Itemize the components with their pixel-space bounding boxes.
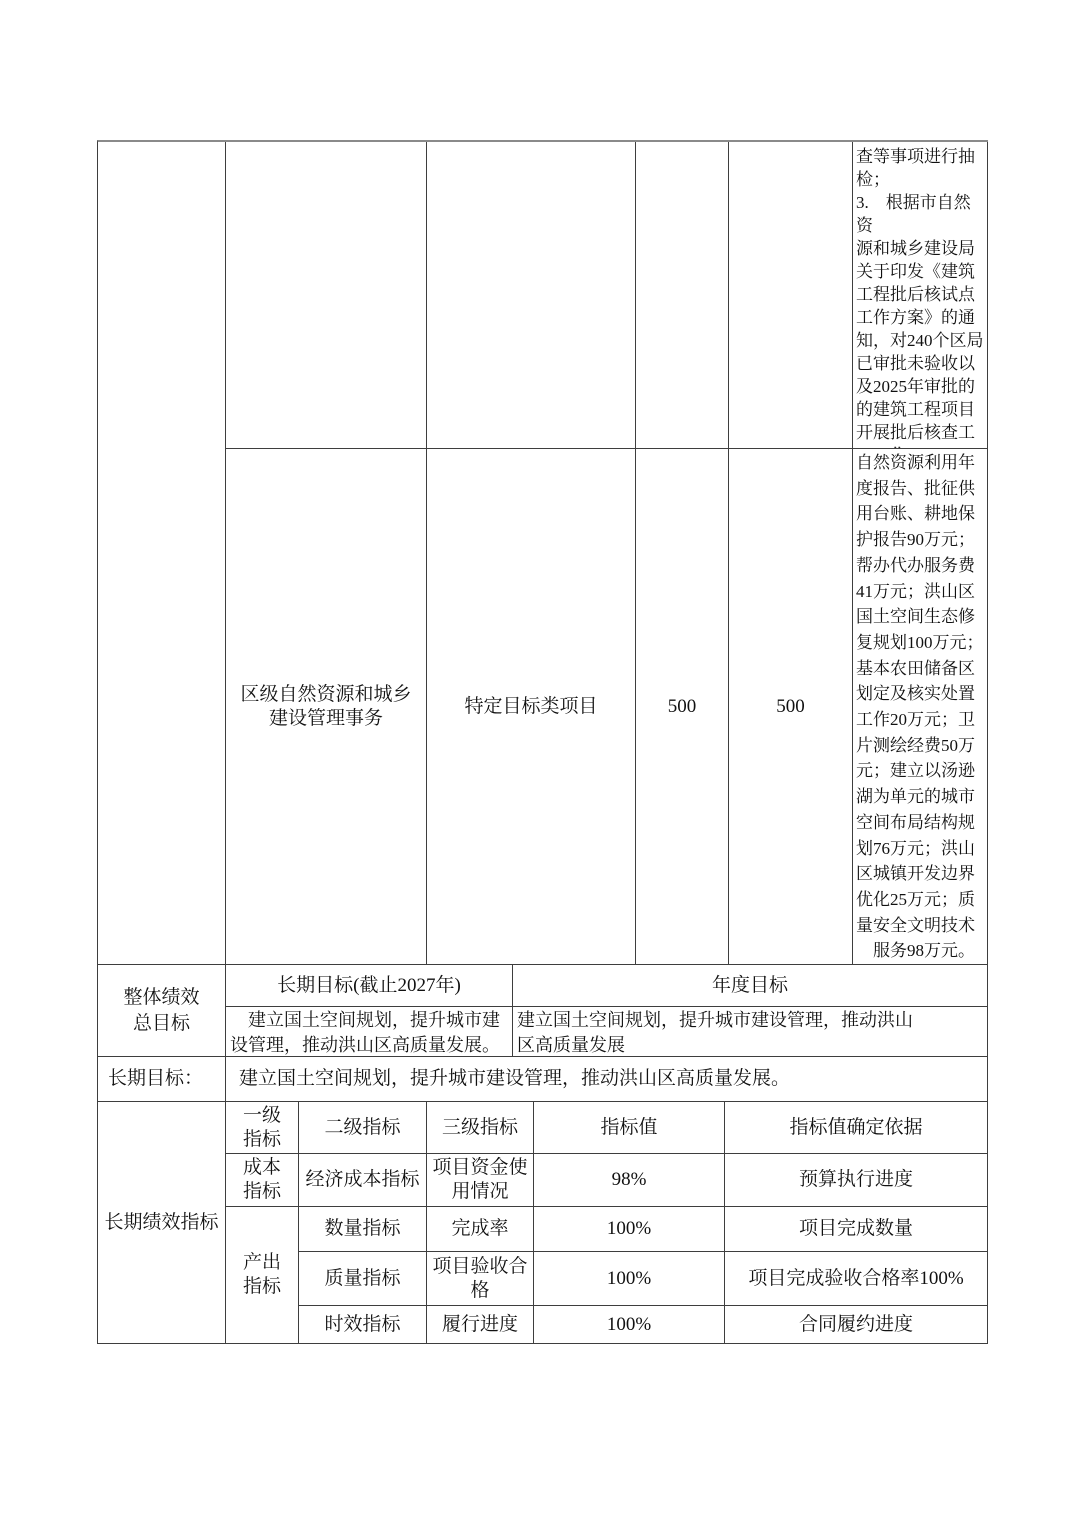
indicator-level2: 时效指标: [299, 1306, 427, 1344]
category-cell-empty: [98, 142, 226, 965]
indicator-level3: 项目资金使 用情况: [427, 1154, 534, 1207]
indicator-value: 98%: [534, 1154, 725, 1207]
indicators-label: 长期绩效指标: [98, 1102, 226, 1344]
annual-goal-text: 建立国土空间规划，提升城市建设管理，推动洪山 区高质量发展: [513, 1007, 988, 1057]
section-longterm-goal: 长期目标： 建立国土空间规划，提升城市建设管理，推动洪山区高质量发展。: [98, 1057, 988, 1102]
amount1-cell-empty: [636, 142, 729, 449]
longterm-goal-row-text: 建立国土空间规划，提升城市建设管理，推动洪山区高质量发展。: [226, 1057, 988, 1102]
header-level3: 三级指标: [427, 1102, 534, 1154]
indicator-level3: 项目验收合 格: [427, 1252, 534, 1306]
longterm-goal-row-label: 长期目标：: [98, 1057, 226, 1102]
indicator-level2: 质量指标: [299, 1252, 427, 1306]
project-detail-cell: 自然资源利用年 度报告、批征供 用台账、耕地保 护报告90万元； 帮办代办服务费…: [853, 449, 988, 965]
indicator-basis: 项目完成数量: [725, 1207, 988, 1252]
section-overall-goals: 整体绩效 总目标 长期目标(截止2027年) 年度目标 建立国土空间规划，提升城…: [98, 965, 988, 1057]
document-page: 查等事项进行抽 检； 3. 根据市自然资 源和城乡建设局 关于印发《建筑 工程批…: [0, 0, 1075, 1520]
header-value: 指标值: [534, 1102, 725, 1154]
output-group-cell: 产出 指标: [226, 1207, 299, 1344]
indicator-level3: 履行进度: [427, 1306, 534, 1344]
amount2-cell-empty: [729, 142, 853, 449]
overall-goal-label: 整体绩效 总目标: [98, 965, 226, 1057]
indicator-basis: 合同履约进度: [725, 1306, 988, 1344]
project-task-cell: 区级自然资源和城乡 建设管理事务: [226, 449, 427, 965]
header-basis: 指标值确定依据: [725, 1102, 988, 1154]
indicator-level2: 数量指标: [299, 1207, 427, 1252]
header-level2: 二级指标: [299, 1102, 427, 1154]
longterm-goal-header: 长期目标(截止2027年): [226, 965, 513, 1007]
indicator-level3: 完成率: [427, 1207, 534, 1252]
indicator-value: 100%: [534, 1252, 725, 1306]
performance-target-table: 查等事项进行抽 检； 3. 根据市自然资 源和城乡建设局 关于印发《建筑 工程批…: [97, 140, 988, 1344]
continuation-text-cell: 查等事项进行抽 检； 3. 根据市自然资 源和城乡建设局 关于印发《建筑 工程批…: [853, 142, 988, 449]
indicator-level2: 经济成本指标: [299, 1154, 427, 1207]
project-type-cell: 特定目标类项目: [427, 449, 636, 965]
project-amount2-cell: 500: [729, 449, 853, 965]
indicator-value: 100%: [534, 1207, 725, 1252]
longterm-goal-text: 建立国土空间规划，提升城市建 设管理，推动洪山区高质量发展。: [226, 1007, 513, 1057]
section-project: 查等事项进行抽 检； 3. 根据市自然资 源和城乡建设局 关于印发《建筑 工程批…: [98, 142, 988, 965]
annual-goal-header: 年度目标: [513, 965, 988, 1007]
indicator-basis: 项目完成验收合格率100%: [725, 1252, 988, 1306]
section-indicators: 长期绩效指标 一级 指标 二级指标 三级指标 指标值 指标值确定依据 成本 指标…: [98, 1102, 988, 1344]
indicator-value: 100%: [534, 1306, 725, 1344]
cost-group-cell: 成本 指标: [226, 1154, 299, 1207]
header-level1: 一级 指标: [226, 1102, 299, 1154]
type-cell-empty: [427, 142, 636, 449]
indicator-basis: 预算执行进度: [725, 1154, 988, 1207]
task-cell-empty: [226, 142, 427, 449]
project-amount1-cell: 500: [636, 449, 729, 965]
